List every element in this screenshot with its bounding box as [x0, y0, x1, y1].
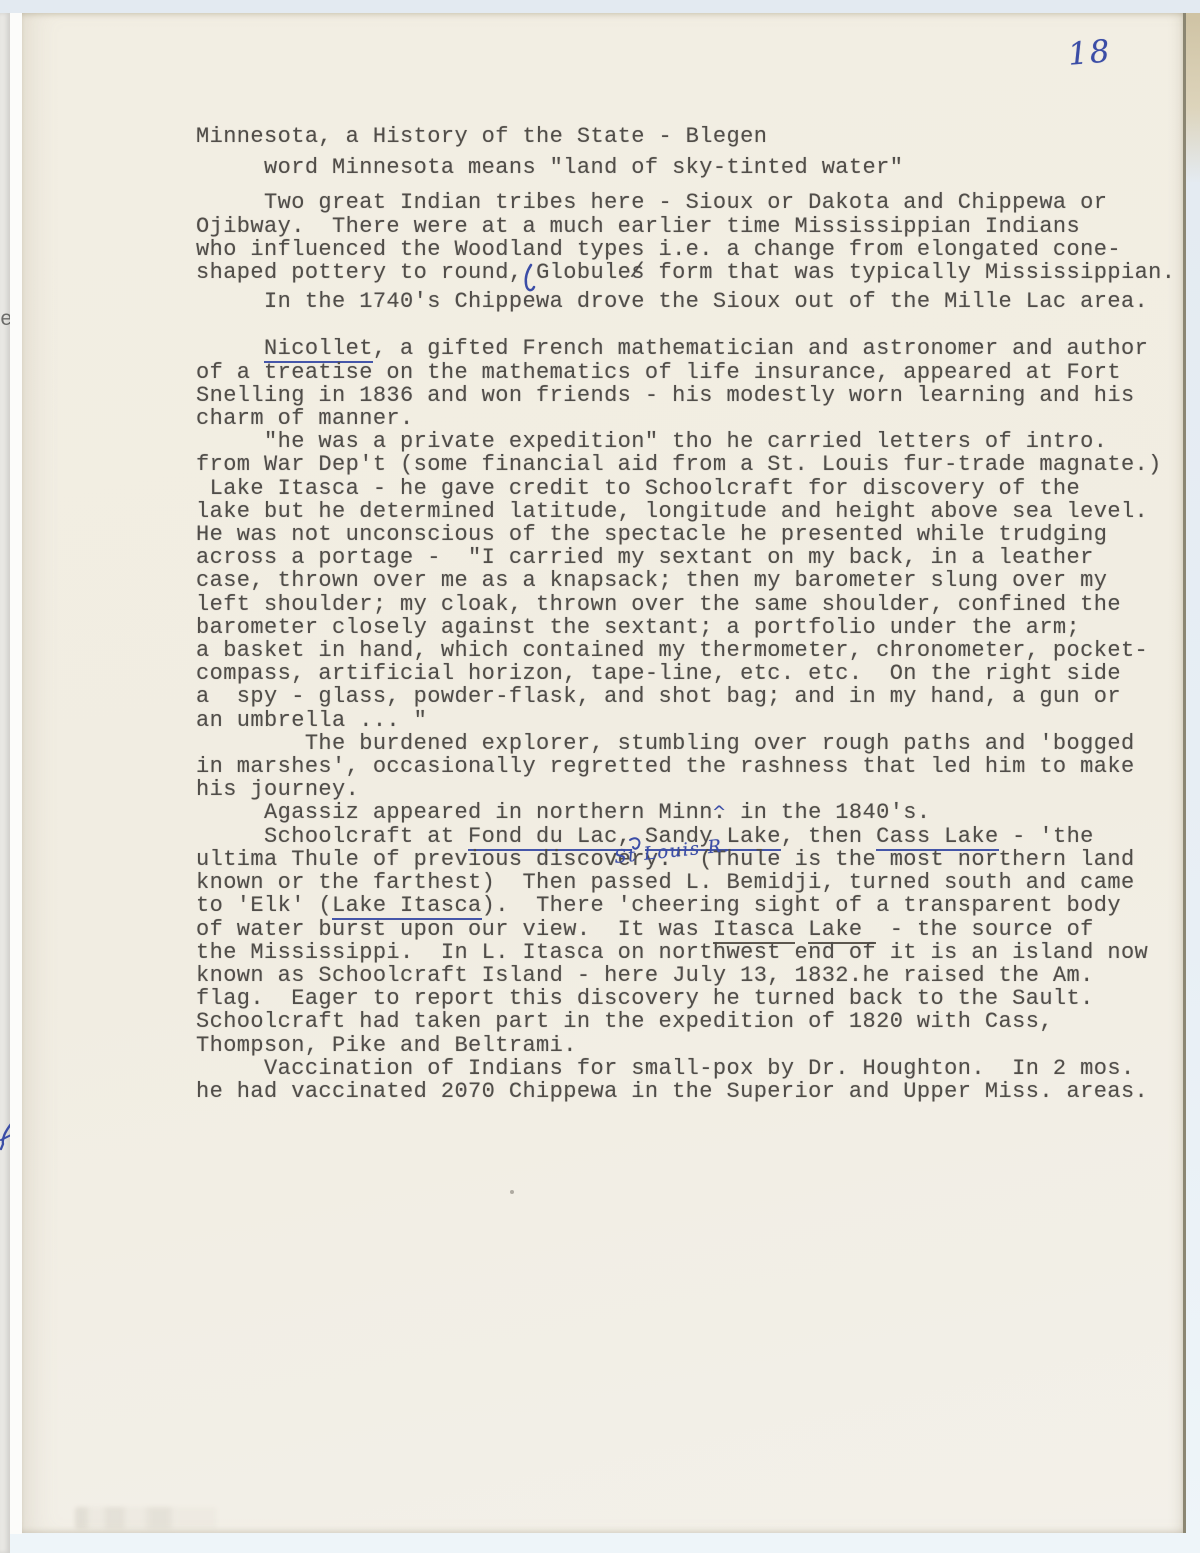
typed-segment: Vaccination of Indians for small-pox by … — [196, 1056, 1135, 1081]
typed-line: Thompson, Pike and Beltrami. — [196, 1034, 1175, 1057]
typed-segment: - the source of — [876, 917, 1094, 942]
typed-segment: from War Dep't (some financial aid from … — [196, 452, 1162, 477]
typed-line: a basket in hand, which contained my the… — [196, 639, 1175, 662]
typed-segment: , then — [781, 824, 876, 849]
typed-segment: a basket in hand, which contained my the… — [196, 638, 1148, 663]
typed-line: compass, artificial horizon, tape-line, … — [196, 662, 1175, 685]
typed-segment: word Minnesota means "land of sky-tinted… — [196, 155, 903, 180]
typed-line: who influenced the Woodland types i.e. a… — [196, 238, 1175, 261]
typed-segment: charm of manner. — [196, 406, 414, 431]
speck-dot — [510, 1190, 514, 1194]
typed-line: Nicollet, a gifted French mathematician … — [196, 337, 1175, 360]
typed-segment: Lake Itasca - he gave credit to Schoolcr… — [196, 476, 1080, 501]
typed-segment: compass, artificial horizon, tape-line, … — [196, 661, 1121, 686]
typed-segment: of a treatise on the mathematics of life… — [196, 360, 1121, 385]
typed-line: shaped pottery to round, Globules/ form … — [196, 261, 1175, 284]
typed-line: from War Dep't (some financial aid from … — [196, 453, 1175, 476]
typed-segment: "he was a private expedition" tho he car… — [196, 429, 1107, 454]
typed-line: an umbrella ... " — [196, 709, 1175, 732]
typed-segment: a spy - glass, powder-flask, and shot ba… — [196, 684, 1121, 709]
typed-line: the Mississippi. In L. Itasca on northwe… — [196, 941, 1175, 964]
faded-stamp — [75, 1507, 217, 1529]
typed-line: in marshes', occasionally regretted the … — [196, 755, 1175, 778]
typed-line: case, thrown over me as a knapsack; then… — [196, 569, 1175, 592]
typed-line: he had vaccinated 2070 Chippewa in the S… — [196, 1080, 1175, 1103]
typed-line: of a treatise on the mathematics of life… — [196, 361, 1175, 384]
typed-text-block: Minnesota, a History of the State - Bleg… — [196, 125, 1175, 1103]
typed-segment: barometer closely against the sextant; a… — [196, 615, 1080, 640]
typed-line: The burdened explorer, stumbling over ro… — [196, 732, 1175, 755]
typed-line: In the 1740's Chippewa drove the Sioux o… — [196, 290, 1175, 313]
typed-line: "he was a private expedition" tho he car… — [196, 430, 1175, 453]
typed-segment: left shoulder; my cloak, thrown over the… — [196, 592, 1121, 617]
typed-segment: In the 1740's Chippewa drove the Sioux o… — [196, 289, 1148, 314]
scanned-page: e 18 Minnesota, a History of the State -… — [0, 0, 1200, 1553]
typed-segment: case, thrown over me as a knapsack; then… — [196, 568, 1107, 593]
typed-segment — [795, 917, 809, 942]
typed-line: Ojibway. There were at a much earlier ti… — [196, 215, 1175, 238]
typed-line: barometer closely against the sextant; a… — [196, 616, 1175, 639]
typed-segment: Ojibway. There were at a much earlier ti… — [196, 214, 1080, 239]
page-number-handwritten: 18 — [1067, 33, 1113, 73]
typed-segment: He was not unconscious of the spectacle … — [196, 522, 1107, 547]
typed-line: Vaccination of Indians for small-pox by … — [196, 1057, 1175, 1080]
typed-segment: Thompson, Pike and Beltrami. — [196, 1033, 577, 1058]
typed-segment: across a portage - "I carried my sextant… — [196, 545, 1094, 570]
typed-segment — [196, 336, 264, 361]
typed-segment: shaped pottery to round, — [196, 260, 536, 285]
typed-line: known as Schoolcraft Island - here July … — [196, 964, 1175, 987]
pen-mark-g-icon — [522, 263, 537, 295]
typed-line: of water burst upon our view. It was Ita… — [196, 918, 1175, 941]
typed-line: Lake Itasca - he gave credit to Schoolcr… — [196, 477, 1175, 500]
typed-line: Snelling in 1836 and won friends - his m… — [196, 384, 1175, 407]
typed-line: charm of manner. — [196, 407, 1175, 430]
typed-segment: flag. Eager to report this discovery he … — [196, 986, 1094, 1011]
typed-segment: form that was typically Mississippian. — [645, 260, 1175, 285]
typed-segment: known or the farthest) Then passed L. Be… — [196, 870, 1135, 895]
typed-segment: - 'the — [999, 824, 1094, 849]
typed-line: Two great Indian tribes here - Sioux or … — [196, 191, 1175, 214]
typed-line: He was not unconscious of the spectacle … — [196, 523, 1175, 546]
typed-segment: the Mississippi. In L. Itasca on northwe… — [196, 940, 1148, 965]
typed-line: a spy - glass, powder-flask, and shot ba… — [196, 685, 1175, 708]
insertion-caret: ^ — [712, 803, 726, 823]
typed-segment: Snelling in 1836 and won friends - his m… — [196, 383, 1135, 408]
typed-segment-ov: / — [629, 259, 645, 283]
page-stack-edge — [1186, 13, 1200, 183]
typed-line: to 'Elk' (Lake Itasca). There 'cheering … — [196, 894, 1175, 917]
typed-line: word Minnesota means "land of sky-tinted… — [196, 156, 1175, 179]
typed-segment: ). There 'cheering sight of a transparen… — [482, 893, 1121, 918]
typed-segment: Agassiz appeared in northern Minn. in th… — [196, 800, 931, 825]
typed-segment: of water burst upon our view. It was — [196, 917, 713, 942]
typed-segment: in marshes', occasionally regretted the … — [196, 754, 1135, 779]
typed-segment: Schoolcraft at — [196, 824, 468, 849]
typed-line: Agassiz appeared in northern Minn. in th… — [196, 801, 1175, 824]
adjacent-page-strip: e — [0, 13, 10, 1553]
pen-squiggle-icon — [628, 836, 644, 858]
typed-segment: his journey. — [196, 777, 359, 802]
typed-line: his journey. — [196, 778, 1175, 801]
typed-line: Schoolcraft had taken part in the expedi… — [196, 1010, 1175, 1033]
typed-segment: to 'Elk' ( — [196, 893, 332, 918]
typed-line: left shoulder; my cloak, thrown over the… — [196, 593, 1175, 616]
typed-segment: Two great Indian tribes here - Sioux or … — [196, 190, 1107, 215]
typed-segment: lake but he determined latitude, longitu… — [196, 499, 1148, 524]
typed-line: known or the farthest) Then passed L. Be… — [196, 871, 1175, 894]
typed-segment: known as Schoolcraft Island - here July … — [196, 963, 1094, 988]
typed-line: across a portage - "I carried my sextant… — [196, 546, 1175, 569]
typed-segment: he had vaccinated 2070 Chippewa in the S… — [196, 1079, 1148, 1104]
typed-line: flag. Eager to report this discovery he … — [196, 987, 1175, 1010]
typed-line: lake but he determined latitude, longitu… — [196, 500, 1175, 523]
typed-segment: The burdened explorer, stumbling over ro… — [196, 731, 1135, 756]
page-gap — [10, 13, 22, 1534]
paper-sheet: 18 Minnesota, a History of the State - B… — [22, 13, 1186, 1533]
typed-segment: who influenced the Woodland types i.e. a… — [196, 237, 1121, 262]
typed-segment: Minnesota, a History of the State - Bleg… — [196, 124, 767, 149]
typed-segment: , a gifted French mathematician and astr… — [373, 336, 1148, 361]
typed-line: Minnesota, a History of the State - Bleg… — [196, 125, 1175, 148]
typed-segment: Schoolcraft had taken part in the expedi… — [196, 1009, 1053, 1034]
typed-segment: an umbrella ... " — [196, 708, 427, 733]
